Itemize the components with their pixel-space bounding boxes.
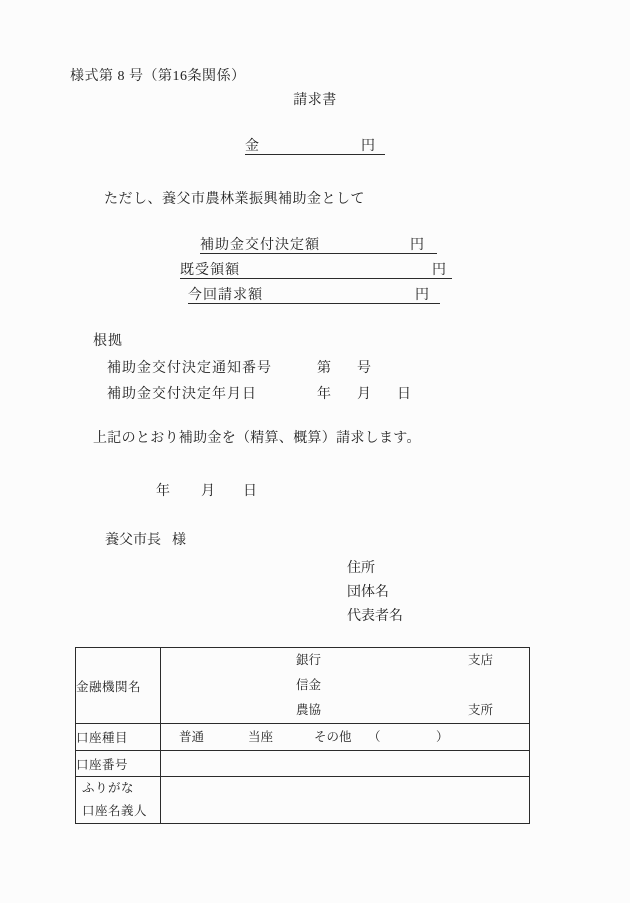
institution-header-label: 金融機関名	[76, 680, 141, 694]
amount-row-unit: 円	[432, 259, 446, 279]
institution-line-nokyo: 農協 支所	[161, 698, 529, 723]
furigana-label: ふりがな	[76, 777, 160, 800]
signature-address-label: 住所	[347, 557, 375, 577]
nokyo-label: 農協	[296, 698, 321, 723]
signature-representative-label: 代表者名	[347, 605, 403, 625]
day-label: 日	[243, 480, 257, 500]
bank-account-table: 金融機関名 銀行 支店 信金 農協 支所 口座種目 普通	[75, 647, 530, 824]
proviso-text: ただし、養父市農林業振興補助金として	[104, 188, 365, 208]
account-holder-row: ふりがな 口座名義人	[76, 777, 530, 824]
claim-form-page: 様式第 8 号（第16条関係） 請求書 金 円 ただし、養父市農林業振興補助金と…	[0, 0, 630, 903]
total-amount-field: 金 円	[245, 135, 385, 155]
amount-row-grant-decided: 補助金交付決定額 円	[200, 234, 437, 254]
account-type-ordinary: 普通	[179, 724, 204, 750]
institution-line-bank: 銀行 支店	[161, 648, 529, 673]
page-title: 請求書	[0, 89, 630, 109]
submission-date-line: 年 月 日	[0, 480, 630, 500]
claim-statement: 上記のとおり補助金を（精算、概算）請求します。	[93, 427, 421, 447]
amount-unit-label: 円	[361, 135, 375, 155]
account-type-header-cell: 口座種目	[76, 724, 161, 751]
account-number-header-cell: 口座番号	[76, 751, 161, 777]
addressee-honorific: 様	[172, 533, 186, 548]
day-label: 日	[397, 383, 411, 403]
account-holder-value-cell	[161, 777, 530, 824]
month-label: 月	[357, 383, 371, 403]
account-type-header-label: 口座種目	[76, 731, 128, 745]
amount-row-label: 既受領額	[180, 259, 240, 279]
branch-label: 支店	[468, 648, 493, 673]
shinkin-label: 信金	[296, 673, 321, 698]
amount-row-label: 補助金交付決定額	[200, 234, 320, 254]
year-label: 年	[317, 383, 331, 403]
account-type-row: 口座種目 普通 当座 その他 （ ）	[76, 724, 530, 751]
institution-line-shinkin: 信金	[161, 673, 529, 698]
notice-number-prefix: 第	[317, 357, 331, 377]
amount-row-unit: 円	[410, 234, 424, 254]
signature-organization-label: 団体名	[347, 581, 389, 601]
amount-row-unit: 円	[415, 284, 429, 304]
basis-heading: 根拠	[93, 330, 123, 350]
notice-number-label: 補助金交付決定通知番号	[107, 357, 272, 377]
account-number-header-label: 口座番号	[76, 758, 128, 772]
sub-branch-label: 支所	[468, 698, 493, 723]
account-type-value-cell: 普通 当座 その他 （ ）	[161, 724, 530, 751]
institution-value-cell: 銀行 支店 信金 農協 支所	[161, 648, 530, 724]
year-label: 年	[156, 480, 170, 500]
amount-prefix-label: 金	[245, 135, 259, 155]
account-holder-header-cell: ふりがな 口座名義人	[76, 777, 161, 824]
amount-row-current-claim: 今回請求額 円	[188, 284, 440, 304]
notice-number-suffix: 号	[357, 357, 371, 377]
month-label: 月	[201, 480, 215, 500]
paren-open: （	[368, 724, 381, 750]
account-holder-label: 口座名義人	[76, 800, 160, 823]
amount-row-label: 今回請求額	[188, 284, 263, 304]
form-number: 様式第 8 号（第16条関係）	[70, 65, 246, 85]
decision-date-label: 補助金交付決定年月日	[107, 383, 257, 403]
addressee-name: 養父市長	[105, 533, 161, 548]
amount-row-already-received: 既受領額 円	[180, 259, 452, 279]
institution-row: 金融機関名 銀行 支店 信金 農協 支所	[76, 648, 530, 724]
decision-date-row: 補助金交付決定年月日 年 月 日	[0, 383, 630, 403]
account-number-value-cell	[161, 751, 530, 777]
bank-label: 銀行	[296, 648, 321, 673]
account-type-current: 当座	[248, 724, 273, 750]
account-type-other: その他	[314, 724, 352, 750]
institution-header-cell: 金融機関名	[76, 648, 161, 724]
paren-close: ）	[436, 724, 449, 750]
addressee-line: 養父市長様	[105, 529, 186, 549]
account-number-row: 口座番号	[76, 751, 530, 777]
decision-notice-number-row: 補助金交付決定通知番号 第 号	[0, 357, 630, 377]
